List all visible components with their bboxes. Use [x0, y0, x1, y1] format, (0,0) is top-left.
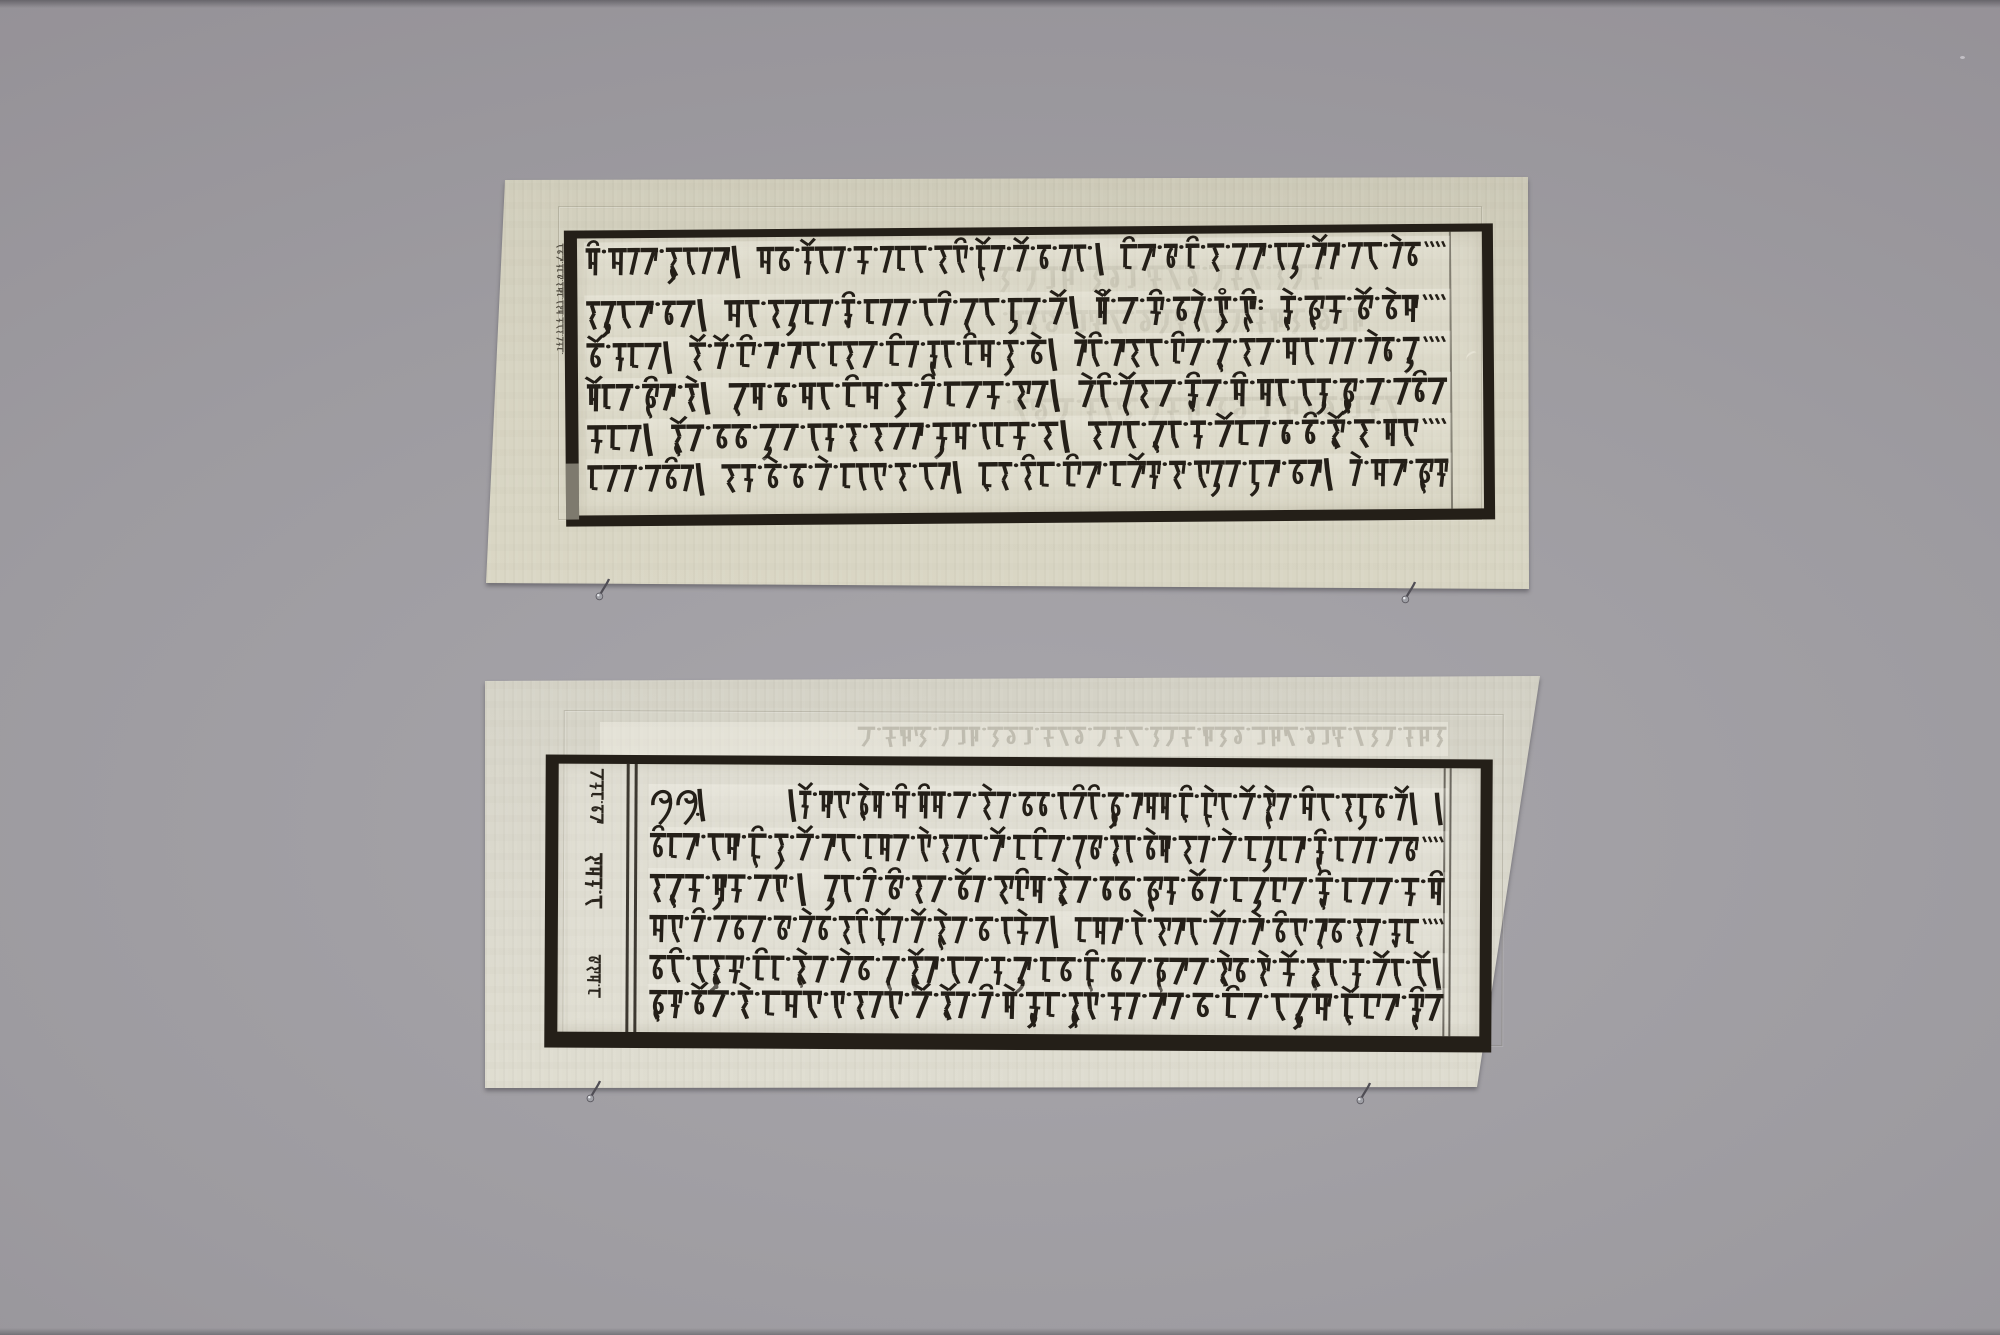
- frame-inner-rule: [1448, 768, 1451, 1036]
- pin-glyph: [1353, 1082, 1379, 1108]
- tibetan-text-line: [585, 413, 1451, 460]
- script-glyphs: [600, 722, 1448, 756]
- script-glyphs: [647, 984, 1447, 1034]
- tibetan-text-line: [648, 868, 1448, 912]
- script-glyphs: [586, 453, 1452, 506]
- tibetan-text-line: [647, 984, 1447, 1028]
- mounting-pin: [1398, 581, 1424, 607]
- photo-backdrop: [0, 0, 2000, 1335]
- margin-label-group: [582, 768, 608, 828]
- pin-glyph: [1398, 581, 1424, 607]
- tibetan-text-line: [648, 827, 1448, 871]
- script-glyphs: [552, 243, 565, 371]
- pin-glyph: [583, 1080, 609, 1106]
- woodblock-frame-lower: [544, 755, 1493, 1053]
- script-glyphs: [576, 852, 606, 932]
- margin-label-group: [579, 954, 603, 1004]
- mounting-pin: [592, 578, 618, 604]
- script-glyphs: [582, 768, 606, 826]
- tibetan-text-line: [584, 236, 1450, 283]
- tibetan-text-line: [585, 331, 1451, 378]
- tibetan-text-line: [584, 289, 1450, 336]
- woodblock-frame-upper: [564, 223, 1495, 526]
- margin-label-group: [576, 852, 606, 934]
- frame-wear-patch: [566, 464, 579, 520]
- mounting-pin: [1353, 1082, 1379, 1108]
- script-glyphs: [579, 954, 603, 1000]
- tibetan-text-line: [648, 784, 1448, 828]
- tibetan-text-line: [585, 372, 1451, 419]
- dust-speck: [1960, 56, 1965, 59]
- margin-divider-line: [633, 764, 637, 1032]
- pin-glyph: [592, 578, 618, 604]
- ghost-offset-band: [600, 722, 1448, 756]
- tibetan-text-line: [586, 453, 1452, 500]
- tibetan-text-line: [648, 909, 1448, 953]
- mounting-pin: [583, 1080, 609, 1106]
- script-glyphs: [584, 236, 1450, 289]
- margin-divider-line: [625, 764, 629, 1032]
